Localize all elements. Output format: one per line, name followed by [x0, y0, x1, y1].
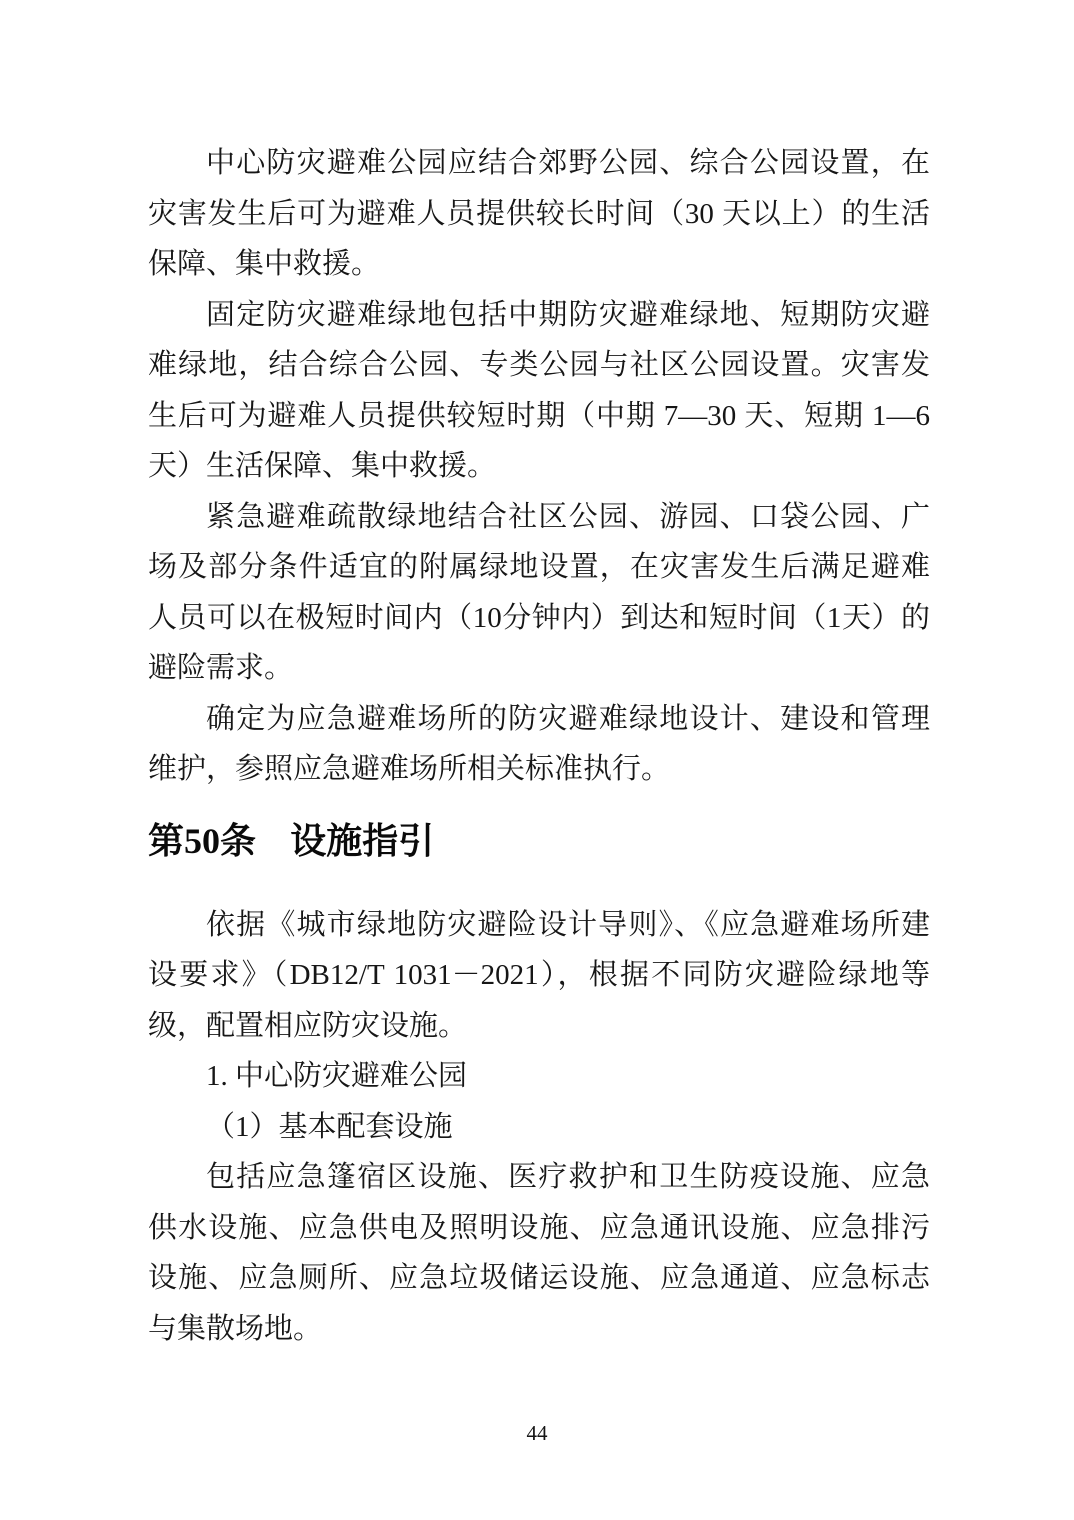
heading-number: 第50条: [148, 821, 256, 861]
body-line: 灾害发生后可为避难人员提供较长时间（30 天以上）的生活: [148, 189, 930, 240]
body-line: 供水设施、应急供电及照明设施、应急通讯设施、应急排污: [148, 1203, 930, 1254]
body-line: 设要求》（DB12/T 1031－2021），根据不同防灾避险绿地等: [148, 950, 930, 1001]
body-line: 级，配置相应防灾设施。: [148, 1001, 930, 1052]
body-line: 固定防灾避难绿地包括中期防灾避难绿地、短期防灾避: [148, 290, 930, 341]
body-line: 生后可为避难人员提供较短时期（中期 7—30 天、短期 1—6: [148, 391, 930, 442]
body-line: 场及部分条件适宜的附属绿地设置，在灾害发生后满足避难: [148, 542, 930, 593]
body-line: 保障、集中救援。: [148, 239, 930, 290]
body-line: 与集散场地。: [148, 1304, 930, 1355]
body-line: 中心防灾避难公园应结合郊野公园、综合公园设置，在: [148, 138, 930, 189]
list-item-1: 1. 中心防灾避难公园: [148, 1051, 930, 1102]
body-line: 避险需求。: [148, 643, 930, 694]
document-page: 中心防灾避难公园应结合郊野公园、综合公园设置，在 灾害发生后可为避难人员提供较长…: [0, 0, 1074, 1520]
list-item-1-1: （1）基本配套设施: [148, 1102, 930, 1153]
body-line: 天）生活保障、集中救援。: [148, 441, 930, 492]
body-line: 紧急避难疏散绿地结合社区公园、游园、口袋公园、广: [148, 492, 930, 543]
body-line: 依据《城市绿地防灾避险设计导则》、《应急避难场所建: [148, 900, 930, 951]
heading-title: 设施指引: [290, 821, 434, 861]
page-number: 44: [0, 1420, 1074, 1446]
body-line: 包括应急篷宿区设施、医疗救护和卫生防疫设施、应急: [148, 1152, 930, 1203]
body-line: 人员可以在极短时间内（10分钟内）到达和短时间（1天）的: [148, 593, 930, 644]
body-line: 难绿地，结合综合公园、专类公园与社区公园设置。灾害发: [148, 340, 930, 391]
body-line: 设施、应急厕所、应急垃圾储运设施、应急通道、应急标志: [148, 1253, 930, 1304]
body-line: 确定为应急避难场所的防灾避难绿地设计、建设和管理: [148, 694, 930, 745]
section-heading: 第50条设施指引: [148, 816, 930, 866]
body-line: 维护，参照应急避难场所相关标准执行。: [148, 744, 930, 795]
